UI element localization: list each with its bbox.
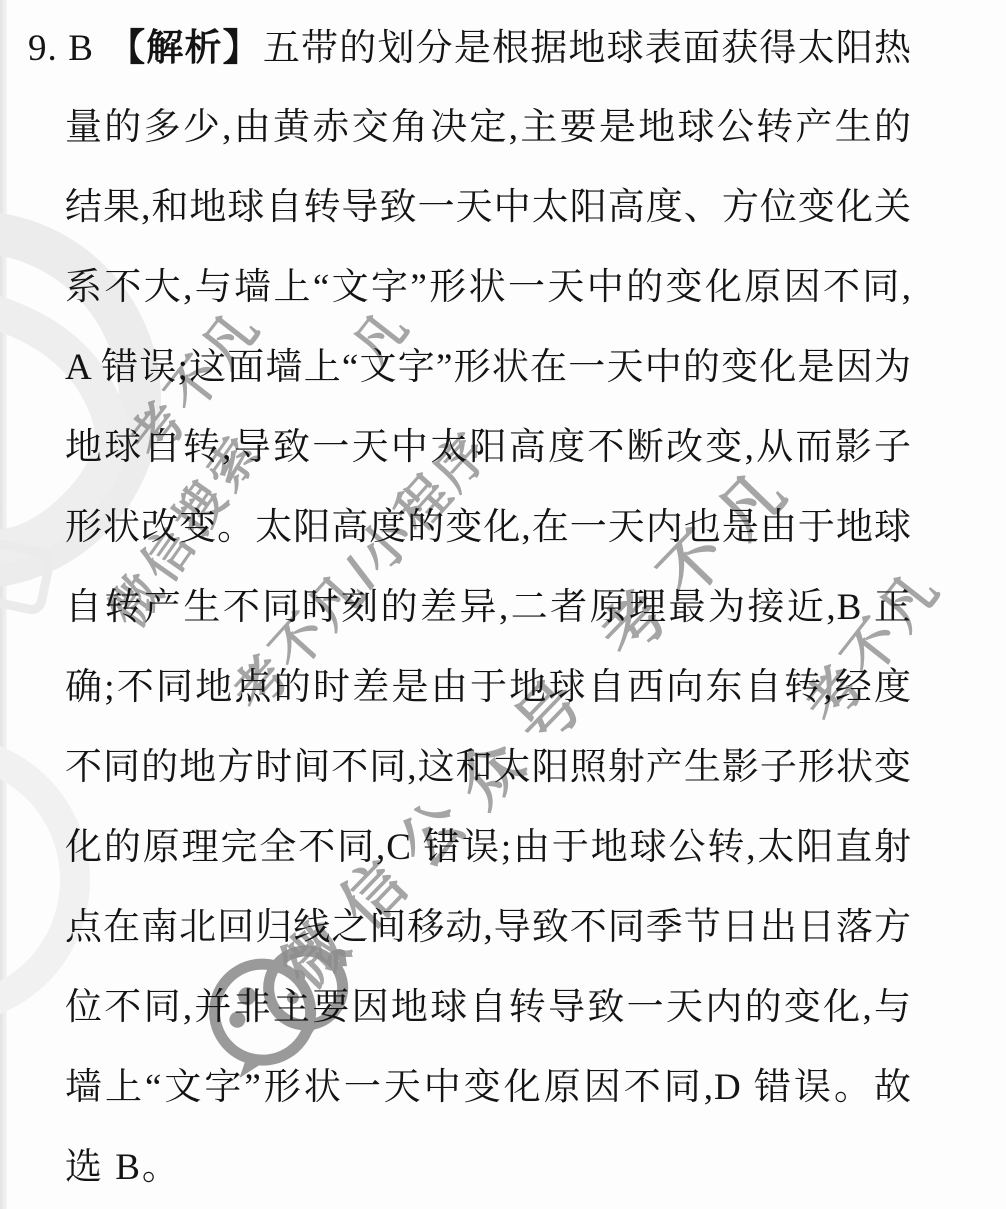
text-line: 自转产生不同时刻的差异,二者原理最为接近,B 正	[65, 568, 912, 648]
text-line: 位不同,并非主要因地球自转导致一天内的变化,与	[65, 968, 912, 1048]
text-line: 选 B。	[65, 1128, 912, 1208]
answer-text: 9. B【解析】五带的划分是根据地球表面获得太阳热 量的多少,由黄赤交角决定,主…	[0, 0, 1006, 1208]
answer-sheet-page: 微信搜索考不凡凡考不凡/小程序微信公众号 考不凡考不凡 9. B【解析】五带的划…	[0, 0, 1006, 1209]
text-line: 不同的地方时间不同,这和太阳照射产生影子形状变	[65, 728, 912, 808]
first-line-text: 五带的划分是根据地球表面获得太阳热	[263, 28, 912, 69]
text-line: A 错误;这面墙上“文字”形状在一天中的变化是因为	[65, 328, 912, 408]
text-line: 量的多少,由黄赤交角决定,主要是地球公转产生的	[65, 88, 912, 168]
text-line-first: 9. B【解析】五带的划分是根据地球表面获得太阳热	[28, 8, 912, 88]
text-line: 点在南北回归线之间移动,导致不同季节日出日落方	[65, 888, 912, 968]
text-line: 结果,和地球自转导致一天中太阳高度、方位变化关	[65, 168, 912, 248]
question-number-and-choice: 9. B	[28, 28, 94, 69]
text-line: 化的原理完全不同,C 错误;由于地球公转,太阳直射	[65, 808, 912, 888]
text-line: 地球自转,导致一天中太阳高度不断改变,从而影子	[65, 408, 912, 488]
text-line: 墙上“文字”形状一天中变化原因不同,D 错误。故	[65, 1048, 912, 1128]
text-line: 形状改变。太阳高度的变化,在一天内也是由于地球	[65, 488, 912, 568]
text-line: 确;不同地点的时差是由于地球自西向东自转,经度	[65, 648, 912, 728]
answer-lines: 量的多少,由黄赤交角决定,主要是地球公转产生的结果,和地球自转导致一天中太阳高度…	[65, 88, 912, 1208]
text-line: 系不大,与墙上“文字”形状一天中的变化原因不同,	[65, 248, 912, 328]
analysis-label: 【解析】	[108, 27, 261, 68]
